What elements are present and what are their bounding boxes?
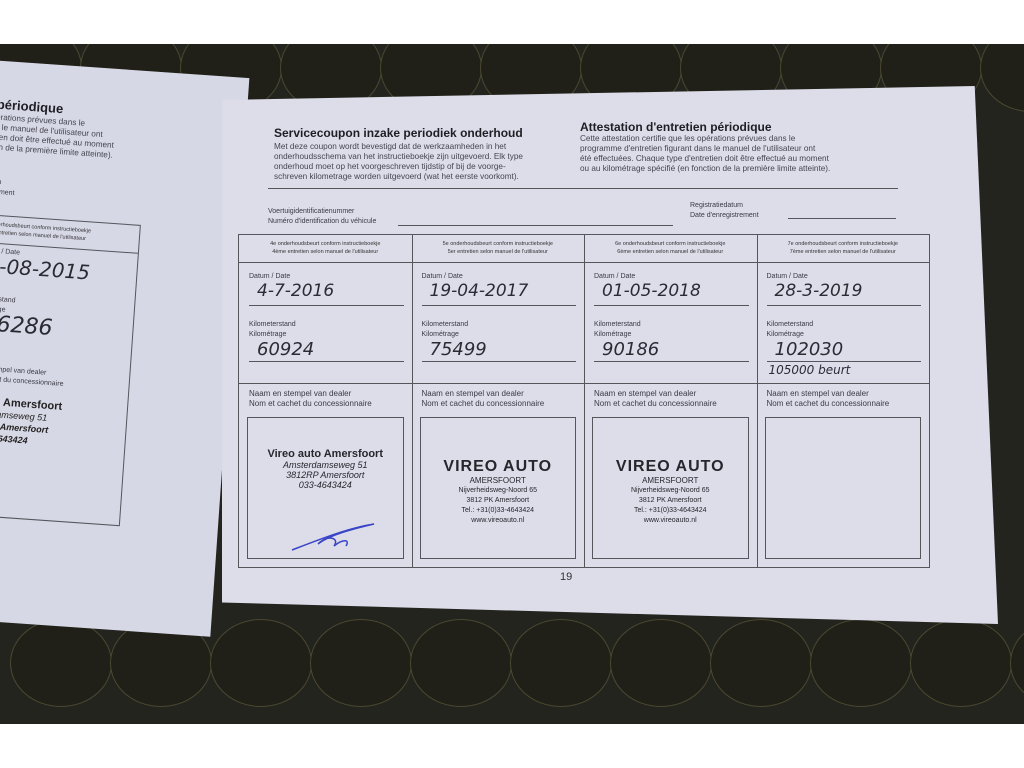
signature-icon [288, 520, 378, 554]
km-note: 105000 beurt [769, 363, 851, 377]
header-fr: 7ème entretien selon manuel de l'utilisa… [757, 248, 930, 256]
dealer-label-fr: Nom et cachet du concessionnaire [767, 399, 890, 408]
text-line: Met deze coupon wordt bevestigd dat de w… [274, 142, 523, 152]
date-label: Datum / Date [249, 273, 290, 280]
km-label-nl: Kilometerstand [422, 321, 469, 328]
km-line [767, 361, 922, 362]
reg-label: um [0, 178, 1, 186]
stamp-name: VIREO AUTO [593, 458, 748, 476]
dealer-label-nl: Naam en stempel van dealer [767, 389, 869, 398]
nl-text: Met deze coupon wordt bevestigd dat de w… [274, 142, 523, 182]
stamp-box: VIREO AUTOAMERSFOORTNijverheidsweg-Noord… [420, 417, 577, 559]
dealer-label-nl: Naam en stempel van dealer [249, 389, 351, 398]
vin-label-nl: Voertuigidentificatienummer [268, 208, 354, 215]
service-column: 6e onderhoudsbeurt conform instructieboe… [584, 235, 758, 567]
service-column: 5e onderhoudsbeurt conform instructieboe… [412, 235, 586, 567]
dealer-label-fr: Nom et cachet du concessionnaire [594, 399, 717, 408]
reg-field [788, 218, 896, 219]
km-value[interactable]: 60924 [257, 339, 314, 360]
date-label: Datum / Date [594, 273, 635, 280]
reg-label-fr: Date d'enregistrement [690, 212, 759, 219]
stamp-line: 033-4643424 [248, 480, 403, 490]
fr-title: Attestation d'entretien périodique [580, 120, 772, 134]
row-divider [239, 383, 412, 384]
dealer-label-fr: Nom et cachet du concessionnaire [422, 399, 545, 408]
km-value: 46286 [0, 311, 53, 341]
left-page: périodique érations prévues dans le s le… [0, 60, 249, 637]
service-table: 4e onderhoudsbeurt conform instructieboe… [238, 234, 930, 568]
reg-label-nl: Registratiedatum [690, 202, 743, 209]
text-line: ou au kilométrage spécifié (en fonction … [580, 164, 830, 174]
stamp-line: Nijverheidsweg-Noord 65 [421, 486, 576, 496]
date-value: 6-08-2015 [0, 253, 91, 284]
service-column: 4e onderhoudsbeurt conform instructieboe… [239, 235, 413, 567]
date-line [249, 305, 404, 306]
km-label-fr: Kilométrage [422, 331, 459, 338]
divider [268, 188, 898, 189]
km-label-nl: Kilometerstand [249, 321, 296, 328]
dealer-stamp: Vireo auto AmersfoortAmsterdamseweg 5138… [248, 448, 403, 490]
page-number: 19 [560, 571, 572, 583]
stamp-line: 3812RP Amersfoort [248, 470, 403, 480]
dealer-label-nl: Naam en stempel van dealer [422, 389, 524, 398]
text-line: onderhoud moet op het voorgeschreven tij… [274, 162, 523, 172]
header-nl: 4e onderhoudsbeurt conform instructieboe… [239, 240, 412, 248]
column-header: nderhoudsbeurt conform instructieboekje … [0, 215, 140, 253]
stamp-line: 3812 PK Amersfoort [421, 496, 576, 506]
text-line: Cette attestation certifie que les opéra… [580, 134, 830, 144]
dealer-label-nl: Naam en stempel van dealer [594, 389, 696, 398]
nl-title: Servicecoupon inzake periodiek onderhoud [274, 126, 523, 140]
km-label-fr: Kilométrage [767, 331, 804, 338]
text-line: schreven kilometrage worden uitgevoerd (… [274, 172, 523, 182]
text-line: onderhoudsschema van het instructieboekj… [274, 152, 523, 162]
km-value[interactable]: 75499 [430, 339, 487, 360]
dealer-label-fr: Nom et cachet du concessionnaire [249, 399, 372, 408]
date-value[interactable]: 28-3-2019 [775, 281, 863, 301]
date-value[interactable]: 01-05-2018 [602, 281, 701, 301]
stamp-line: Nijverheidsweg-Noord 65 [593, 486, 748, 496]
km-label-nl: Kilometerstand [594, 321, 641, 328]
row-divider [584, 383, 757, 384]
stamp-line: 3812 PK Amersfoort [593, 496, 748, 506]
header-nl: 5e onderhoudsbeurt conform instructieboe… [412, 240, 585, 248]
stamp-line: Amsterdamseweg 51 [248, 460, 403, 470]
header-fr: 5er entretien selon manuel de l'utilisat… [412, 248, 585, 256]
km-line [249, 361, 404, 362]
vin-field [398, 225, 673, 226]
stamp-line: AMERSFOORT [421, 476, 576, 486]
date-label: Datum / Date [767, 273, 808, 280]
service-column: 7e onderhoudsbeurt conform instructieboe… [757, 235, 930, 567]
reg-label: trement [0, 188, 15, 197]
km-value[interactable]: 102030 [775, 339, 844, 360]
stamp-line: Tel.: +31(0)33-4643424 [421, 506, 576, 516]
header-nl: 6e onderhoudsbeurt conform instructieboe… [584, 240, 757, 248]
dealer-label: n stempel van dealer [0, 365, 47, 377]
stamp-line: www.vireoauto.nl [421, 516, 576, 526]
column-header: 6e onderhoudsbeurt conform instructieboe… [584, 235, 757, 263]
date-label: Datum / Date [422, 273, 463, 280]
stamp-name: Vireo auto Amersfoort [248, 448, 403, 460]
right-page: Servicecoupon inzake periodiek onderhoud… [222, 86, 998, 624]
stamp-line: www.vireoauto.nl [593, 516, 748, 526]
km-line [594, 361, 749, 362]
column-header: 5e onderhoudsbeurt conform instructieboe… [412, 235, 585, 263]
km-line [422, 361, 577, 362]
stamp-line: Tel.: +31(0)33-4643424 [593, 506, 748, 516]
stamp-box: VIREO AUTOAMERSFOORTNijverheidsweg-Noord… [592, 417, 749, 559]
stamp-name: VIREO AUTO [421, 458, 576, 476]
left-service-cell: nderhoudsbeurt conform instructieboekje … [0, 214, 141, 526]
vin-label-fr: Numéro d'identification du véhicule [268, 218, 376, 225]
km-label-nl: Kilometerstand [767, 321, 814, 328]
column-header: 7e onderhoudsbeurt conform instructieboe… [757, 235, 930, 263]
km-label-fr: Kilométrage [594, 331, 631, 338]
dealer-stamp: VIREO AUTOAMERSFOORTNijverheidsweg-Noord… [593, 458, 748, 526]
row-divider [412, 383, 585, 384]
stamp-box: Vireo auto AmersfoortAmsterdamseweg 5138… [247, 417, 404, 559]
date-line [767, 305, 922, 306]
stamp-box [765, 417, 922, 559]
header-fr: 4ème entretien selon manuel de l'utilisa… [239, 248, 412, 256]
stamp-line: AMERSFOORT [593, 476, 748, 486]
dealer-label: cachet du concessionnaire [0, 375, 64, 388]
row-divider [757, 383, 930, 384]
text-line: été effectuées. Chaque type d'entretien … [580, 154, 830, 164]
date-line [594, 305, 749, 306]
date-value[interactable]: 4-7-2016 [257, 281, 334, 301]
km-label: eterstand [0, 295, 16, 304]
header-fr: 6ème entretien selon manuel de l'utilisa… [584, 248, 757, 256]
date-line [422, 305, 577, 306]
dealer-stamp: VIREO AUTOAMERSFOORTNijverheidsweg-Noord… [421, 458, 576, 526]
date-value[interactable]: 19-04-2017 [430, 281, 529, 301]
column-header: 4e onderhoudsbeurt conform instructieboe… [239, 235, 412, 263]
km-label-fr: Kilométrage [249, 331, 286, 338]
dealer-stamp: auto Amersfoort sterdamseweg 51 12RP Ame… [0, 395, 63, 449]
header-nl: 7e onderhoudsbeurt conform instructieboe… [757, 240, 930, 248]
km-value[interactable]: 90186 [602, 339, 659, 360]
fr-text: Cette attestation certifie que les opéra… [580, 134, 830, 174]
left-text: érations prévues dans le s le manuel de … [0, 113, 116, 161]
text-line: programme d'entretien figurant dans le m… [580, 144, 830, 154]
